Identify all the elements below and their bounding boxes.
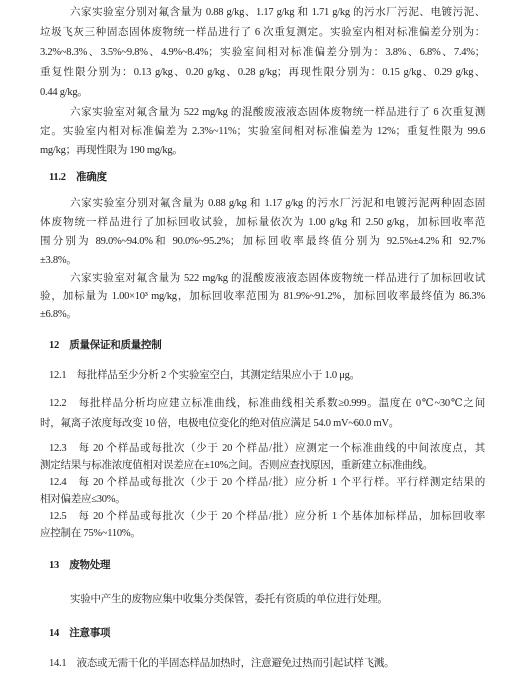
- text-line: 相对偏差应≤30%。: [40, 491, 485, 508]
- text-line: 12.4 每 20 个样品或每批次（少于 20 个样品/批）应分析 1 个平行样…: [40, 474, 485, 491]
- text-line: ±3.8%。: [40, 251, 485, 270]
- paragraph: 六家实验室对氟含量为 522 mg/kg 的混酸废液液态固体废物统一样品进行了加…: [40, 270, 485, 324]
- paragraph: 六家实验室对氟含量为 522 mg/kg 的混酸废液液态固体废物统一样品进行了 …: [40, 103, 485, 160]
- paragraph: 六家实验室分别对氟含量为 0.88 g/kg 和 1.17 g/kg 的污水厂污…: [40, 194, 485, 270]
- text-line: 12.5 每 20 个样品或每批次（少于 20 个样品/批）应分析 1 个基体加…: [40, 508, 485, 525]
- text-line: 验，加标量为 1.00×10³ mg/kg，加标回收率范围为 81.9%~91.…: [40, 288, 485, 306]
- section-heading: 13 废物处理: [40, 556, 485, 576]
- text-line: 12.3 每 20 个样品或每批次（少于 20 个样品/批）应测定一个标准曲线的…: [40, 440, 485, 457]
- text-line: 测定结果与标准浓度值相对误差应在±10%之间。否则应查找原因，重新建立标准曲线。: [40, 457, 485, 474]
- numbered-clause: 12.5 每 20 个样品或每批次（少于 20 个样品/批）应分析 1 个基体加…: [40, 508, 485, 542]
- text-line: 六家实验室对氟含量为 522 mg/kg 的混酸废液液态固体废物统一样品进行了 …: [40, 103, 485, 122]
- heading-text-line: 11.2 准确度: [40, 168, 485, 188]
- heading-text-line: 12 质量保证和质量控制: [40, 336, 485, 356]
- text-line: 应控制在 75%~110%。: [40, 525, 485, 542]
- text-line: 六家实验室对氟含量为 522 mg/kg 的混酸废液液态固体废物统一样品进行了加…: [40, 270, 485, 288]
- numbered-clause: 12.2 每批样品分析均应建立标准曲线，标准曲线相关系数≥0.999。温度在 0…: [40, 394, 485, 434]
- text-line: 六家实验室分别对氟含量为 0.88 g/kg、1.17 g/kg 和 1.71 …: [40, 3, 485, 23]
- text-line: 0.44 g/kg。: [40, 83, 485, 103]
- numbered-clause: 12.1 每批样品至少分析 2 个实验室空白，其测定结果应小于 1.0 μg。: [40, 366, 485, 386]
- paragraph: 实验中产生的废物应集中收集分类保管，委托有资质的单位进行处理。: [40, 590, 485, 610]
- text-line: 时，氟离子浓度每改变 10 倍，电极电位变化的绝对值应满足 54.0 mV~60…: [40, 414, 485, 434]
- section-heading: 11.2 准确度: [40, 168, 485, 188]
- numbered-clause: 12.3 每 20 个样品或每批次（少于 20 个样品/批）应测定一个标准曲线的…: [40, 440, 485, 474]
- text-line: 12.2 每批样品分析均应建立标准曲线，标准曲线相关系数≥0.999。温度在 0…: [40, 394, 485, 414]
- text-line: 重复性限分别为：0.13 g/kg、0.20 g/kg、0.28 g/kg；再现…: [40, 63, 485, 83]
- paragraph: 六家实验室分别对氟含量为 0.88 g/kg、1.17 g/kg 和 1.71 …: [40, 3, 485, 103]
- document-page: 六家实验室分别对氟含量为 0.88 g/kg、1.17 g/kg 和 1.71 …: [0, 0, 531, 681]
- section-heading: 12 质量保证和质量控制: [40, 336, 485, 356]
- text-line: 体废物统一样品进行了加标回收试验，加标量依次为 1.00 g/kg 和 2.50…: [40, 213, 485, 232]
- text-line: 14.1 液态或无需干化的半固态样品加热时，注意避免过热而引起试样飞溅。: [40, 654, 485, 674]
- text-line: 六家实验室分别对氟含量为 0.88 g/kg 和 1.17 g/kg 的污水厂污…: [40, 194, 485, 213]
- text-line: 定。实验室内相对标准偏差为 2.3%~11%；实验室间相对标准偏差为 12%；重…: [40, 122, 485, 141]
- numbered-clause: 12.4 每 20 个样品或每批次（少于 20 个样品/批）应分析 1 个平行样…: [40, 474, 485, 508]
- heading-text-line: 13 废物处理: [40, 556, 485, 576]
- text-line: 12.1 每批样品至少分析 2 个实验室空白，其测定结果应小于 1.0 μg。: [40, 366, 485, 386]
- text-line: 实验中产生的废物应集中收集分类保管，委托有资质的单位进行处理。: [40, 590, 485, 610]
- text-line: ±6.8%。: [40, 306, 485, 324]
- text-line: mg/kg；再现性限为 190 mg/kg。: [40, 141, 485, 160]
- numbered-clause: 14.1 液态或无需干化的半固态样品加热时，注意避免过热而引起试样飞溅。: [40, 654, 485, 674]
- text-line: 围分别为 89.0%~94.0%和 90.0%~95.2%；加标回收率最终值分别…: [40, 232, 485, 251]
- section-heading: 14 注意事项: [40, 624, 485, 644]
- heading-text-line: 14 注意事项: [40, 624, 485, 644]
- text-line: 3.2%~8.3%、3.5%~9.8%、4.9%~8.4%；实验室间相对标准偏差…: [40, 43, 485, 63]
- text-line: 垃圾飞灰三种固态固体废物统一样品进行了 6 次重复测定。实验室内相对标准偏差分别…: [40, 23, 485, 43]
